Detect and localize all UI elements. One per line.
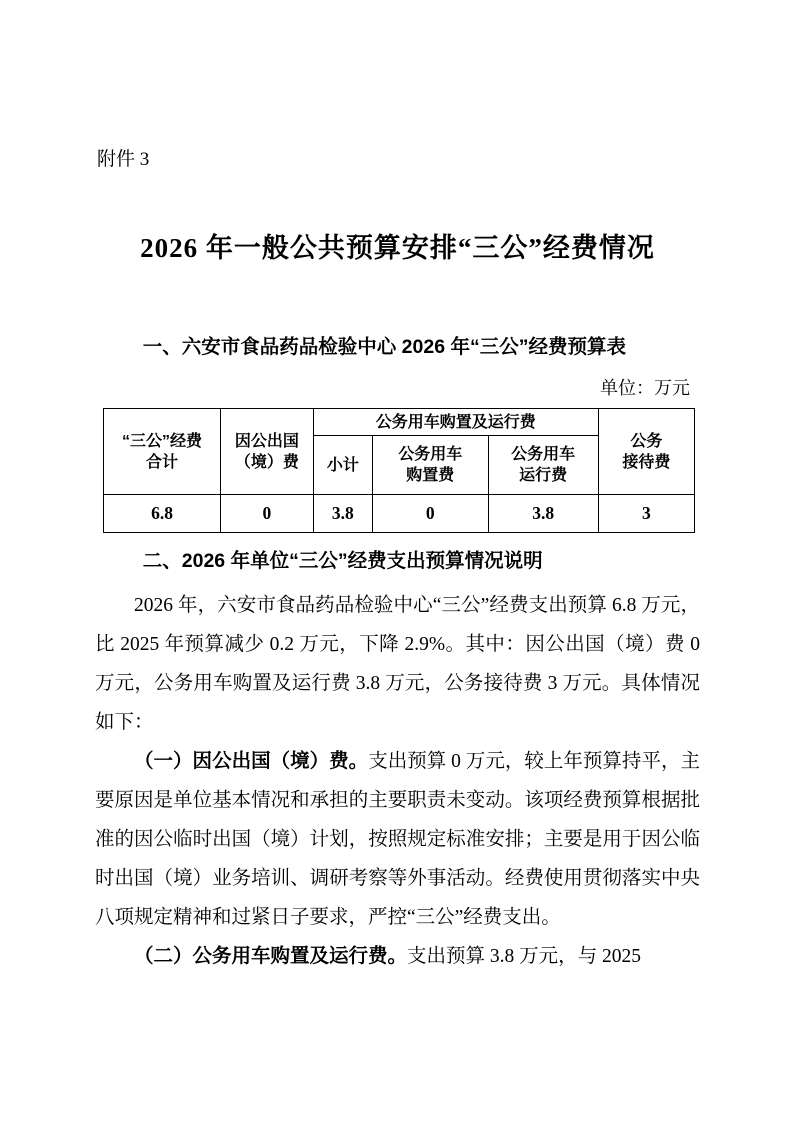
paragraph-abroad-fee-text: 支出预算 0 万元，较上年预算持平，主要原因是单位基本情况和承担的主要职责未变动… — [95, 751, 700, 928]
section2-heading: 二、2026 年单位“三公”经费支出预算情况说明 — [95, 548, 700, 574]
header-vehicle-group: 公务用车购置及运行费 — [313, 409, 598, 436]
header-reception-fee: 公务 接待费 — [598, 409, 694, 495]
document-page: 附件 3 2026 年一般公共预算安排“三公”经费情况 一、六安市食品药品检验中… — [0, 0, 793, 1122]
paragraph-abroad-fee-lead: （一）因公出国（境）费。 — [134, 750, 368, 772]
header-abroad-fee: 因公出国 （境）费 — [221, 409, 314, 495]
header-vehicle-subtotal: 小计 — [313, 436, 372, 495]
cell-vehicle-subtotal: 3.8 — [313, 495, 372, 533]
header-vehicle-operation: 公务用车 运行费 — [488, 436, 598, 495]
cell-vehicle-operation: 3.8 — [488, 495, 598, 533]
document-body: 2026 年，六安市食品药品检验中心“三公”经费支出预算 6.8 万元，比 20… — [95, 586, 700, 976]
paragraph-abroad-fee: （一）因公出国（境）费。支出预算 0 万元，较上年预算持平，主要原因是单位基本情… — [95, 742, 700, 937]
paragraph-overview-text: 2026 年，六安市食品药品检验中心“三公”经费支出预算 6.8 万元，比 20… — [95, 595, 700, 733]
paragraph-vehicle-fee: （二）公务用车购置及运行费。支出预算 3.8 万元，与 2025 — [95, 937, 700, 976]
paragraph-vehicle-fee-text: 支出预算 3.8 万元，与 2025 — [407, 946, 641, 967]
attachment-label: 附件 3 — [97, 147, 700, 173]
header-sangong-total: “三公”经费 合计 — [104, 409, 221, 495]
cell-reception-fee: 3 — [598, 495, 694, 533]
section1-heading: 一、六安市食品药品检验中心 2026 年“三公”经费预算表 — [95, 334, 700, 360]
paragraph-vehicle-fee-lead: （二）公务用车购置及运行费。 — [134, 945, 407, 967]
paragraph-overview: 2026 年，六安市食品药品检验中心“三公”经费支出预算 6.8 万元，比 20… — [95, 586, 700, 742]
budget-table: “三公”经费 合计 因公出国 （境）费 公务用车购置及运行费 公务 接待费 小计… — [103, 408, 695, 533]
table-header-row-1: “三公”经费 合计 因公出国 （境）费 公务用车购置及运行费 公务 接待费 — [104, 409, 695, 436]
table-data-row: 6.8 0 3.8 0 3.8 3 — [104, 495, 695, 533]
cell-abroad-fee: 0 — [221, 495, 314, 533]
unit-note: 单位：万元 — [95, 376, 700, 400]
cell-vehicle-purchase: 0 — [372, 495, 488, 533]
document-title: 2026 年一般公共预算安排“三公”经费情况 — [95, 231, 700, 265]
cell-sangong-total: 6.8 — [104, 495, 221, 533]
header-vehicle-purchase: 公务用车 购置费 — [372, 436, 488, 495]
